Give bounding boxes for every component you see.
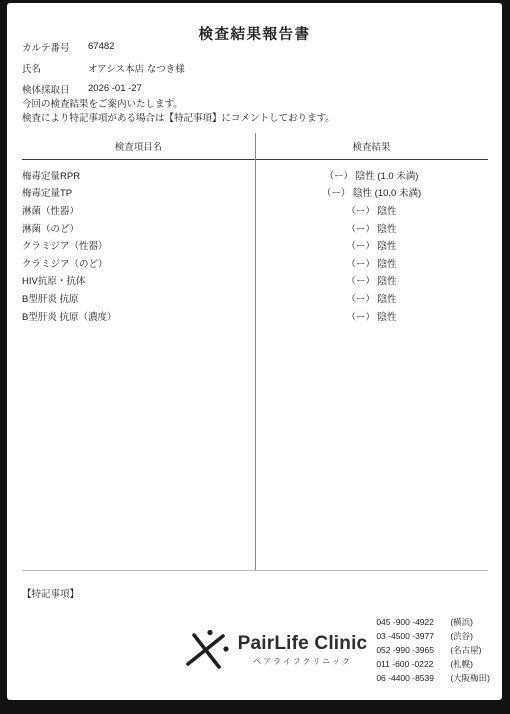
clinic-logo: PairLife Clinic ペアライフクリニック — [185, 629, 368, 671]
meta-label: カルテ番号 — [22, 40, 88, 54]
clinic-logo-text: PairLife Clinic ペアライフクリニック — [238, 634, 368, 667]
test-item-name: クラミジア（性器） — [22, 238, 255, 252]
phone-location: (横浜) — [450, 615, 473, 629]
test-item-name: クラミジア（のど） — [22, 256, 255, 270]
clinic-phone-list: 045 -900 -4922 (横浜) 03 -4500 -3977 (渋谷) … — [376, 615, 490, 685]
column-header-item-name: 検査項目名 — [22, 139, 255, 153]
test-item-name: 淋菌（のど） — [22, 221, 255, 235]
test-result: （ー） 陰性 — [255, 291, 488, 305]
test-item-name: 梅毒定量RPR — [22, 168, 255, 182]
phone-row: 045 -900 -4922 (横浜) — [376, 615, 490, 629]
column-divider — [255, 133, 256, 570]
phone-location: (札幌) — [450, 657, 473, 671]
phone-row: 03 -4500 -3977 (渋谷) — [376, 629, 490, 643]
phone-number: 011 -600 -0222 — [376, 657, 450, 671]
clinic-footer: PairLife Clinic ペアライフクリニック 045 -900 -492… — [185, 615, 490, 685]
results-table: 検査項目名 検査結果 梅毒定量RPR （ー） 陰性 (1.0 未満) 梅毒定量T… — [22, 133, 488, 571]
phone-location: (渋谷) — [450, 629, 473, 643]
clinic-name-en: PairLife Clinic — [238, 634, 368, 654]
test-result: （ー） 陰性 — [255, 238, 488, 252]
test-item-name: 淋菌（性器） — [22, 203, 255, 217]
patient-meta: カルテ番号 67482 氏名 オアシス本店 なつき様 検体採取日 2026 -0… — [22, 36, 185, 99]
intro-line: 今回の検査結果をご案内いたします。 — [22, 98, 335, 112]
special-notes-label: 【特記事項】 — [22, 586, 79, 600]
meta-value: 2026 -01 -27 — [88, 83, 142, 94]
meta-row-sample-date: 検体採取日 2026 -01 -27 — [22, 78, 185, 99]
column-header-result: 検査結果 — [255, 139, 488, 153]
clinic-name-ja: ペアライフクリニック — [253, 656, 352, 667]
intro-text: 今回の検査結果をご案内いたします。 検査により特記事項がある場合は【特記事項】に… — [22, 98, 335, 125]
test-item-name: 梅毒定量TP — [22, 185, 255, 199]
meta-row-chart-number: カルテ番号 67482 — [22, 36, 185, 57]
meta-label: 氏名 — [22, 61, 88, 75]
pairlife-logo-icon — [185, 629, 231, 671]
test-result: （ー） 陰性 — [255, 256, 488, 270]
test-item-name: B型肝炎 抗原（濃度） — [22, 309, 255, 323]
test-result: （ー） 陰性 (10.0 未満) — [255, 185, 488, 199]
phone-number: 045 -900 -4922 — [376, 615, 450, 629]
test-result: （ー） 陰性 — [255, 221, 488, 235]
phone-row: 011 -600 -0222 (札幌) — [376, 657, 490, 671]
meta-value: 67482 — [88, 41, 114, 52]
meta-value: オアシス本店 なつき様 — [88, 61, 185, 75]
phone-location: (名古屋) — [450, 643, 481, 657]
test-result: （ー） 陰性 — [255, 273, 488, 287]
report-page: 検査結果報告書 カルテ番号 67482 氏名 オアシス本店 なつき様 検体採取日… — [7, 3, 502, 700]
test-result: （ー） 陰性 — [255, 309, 488, 323]
phone-number: 052 -990 -3965 — [376, 643, 450, 657]
meta-row-name: 氏名 オアシス本店 なつき様 — [22, 57, 185, 78]
test-item-name: HIV抗原・抗体 — [22, 273, 255, 287]
test-result: （ー） 陰性 (1.0 未満) — [255, 168, 488, 182]
phone-row: 06 -4400 -8539 (大阪梅田) — [376, 671, 490, 685]
intro-line: 検査により特記事項がある場合は【特記事項】にコメントしております。 — [22, 112, 335, 126]
phone-location: (大阪梅田) — [450, 671, 490, 685]
meta-label: 検体採取日 — [22, 82, 88, 96]
test-item-name: B型肝炎 抗原 — [22, 291, 255, 305]
phone-number: 06 -4400 -8539 — [376, 671, 450, 685]
test-result: （ー） 陰性 — [255, 203, 488, 217]
phone-row: 052 -990 -3965 (名古屋) — [376, 643, 490, 657]
phone-number: 03 -4500 -3977 — [376, 629, 450, 643]
